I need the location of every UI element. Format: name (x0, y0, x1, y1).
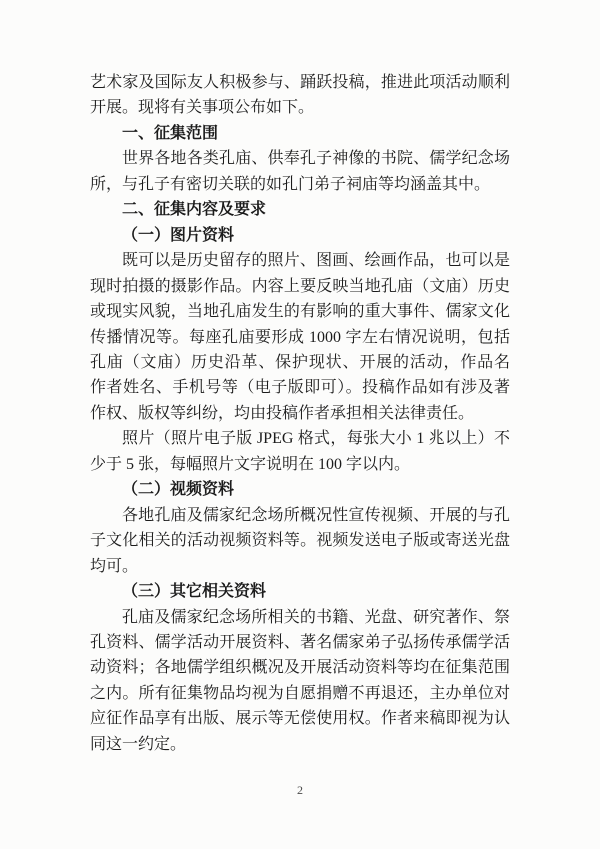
heading-line: （三）其它相关资料 (90, 579, 510, 604)
text-line: 世界各地各类孔庙、供奉孔子神像的书院、儒学纪念场 (90, 146, 510, 171)
text-line: 孔庙及儒家纪念场所相关的书籍、光盘、研究著作、祭 (90, 605, 510, 630)
document-page: 艺术家及国际友人积极参与、踊跃投稿，推进此项活动顺利开展。现将有关事项公布如下。… (0, 0, 600, 849)
text-line: 子文化相关的活动视频资料等。视频发送电子版或寄送光盘 (90, 528, 510, 553)
text-line: 现时拍摄的摄影作品。内容上要反映当地孔庙（文庙）历史 (90, 274, 510, 299)
text-line: 少于 5 张，每幅照片文字说明在 100 字以内。 (90, 452, 510, 477)
text-line: 动资料；各地儒学组织概况及开展活动资料等均在征集范围 (90, 655, 510, 680)
text-line: 照片（照片电子版 JPEG 格式，每张大小 1 兆以上）不 (90, 426, 510, 451)
text-line: 均可。 (90, 554, 510, 579)
heading-line: （二）视频资料 (90, 477, 510, 502)
text-line: 孔资料、儒学活动开展资料、著名儒家弟子弘扬传承儒学活 (90, 630, 510, 655)
text-line: 之内。所有征集物品均视为自愿捐赠不再退还，主办单位对 (90, 681, 510, 706)
text-line: 所，与孔子有密切关联的如孔门弟子祠庙等均涵盖其中。 (90, 172, 510, 197)
text-line: 艺术家及国际友人积极参与、踊跃投稿，推进此项活动顺利 (90, 70, 510, 95)
text-line: 作者姓名、手机号等（电子版即可）。投稿作品如有涉及著 (90, 375, 510, 400)
heading-line: 一、征集范围 (90, 121, 510, 146)
text-block: 艺术家及国际友人积极参与、踊跃投稿，推进此项活动顺利开展。现将有关事项公布如下。… (90, 70, 510, 757)
text-line: 孔庙（文庙）历史沿革、保护现状、开展的活动，作品名称、 (90, 350, 510, 375)
text-line: 各地孔庙及儒家纪念场所概况性宣传视频、开展的与孔 (90, 503, 510, 528)
text-line: 既可以是历史留存的照片、图画、绘画作品，也可以是 (90, 248, 510, 273)
text-line: 作权、版权等纠纷，均由投稿作者承担相关法律责任。 (90, 401, 510, 426)
text-line: 或现实风貌，当地孔庙发生的有影响的重大事件、儒家文化 (90, 299, 510, 324)
text-line: 传播情况等。每座孔庙要形成 1000 字左右情况说明，包括 (90, 325, 510, 350)
page-number: 2 (0, 782, 600, 798)
heading-line: （一）图片资料 (90, 223, 510, 248)
text-line: 开展。现将有关事项公布如下。 (90, 95, 510, 120)
text-line: 同这一约定。 (90, 732, 510, 757)
heading-line: 二、征集内容及要求 (90, 197, 510, 222)
text-line: 应征作品享有出版、展示等无偿使用权。作者来稿即视为认 (90, 706, 510, 731)
